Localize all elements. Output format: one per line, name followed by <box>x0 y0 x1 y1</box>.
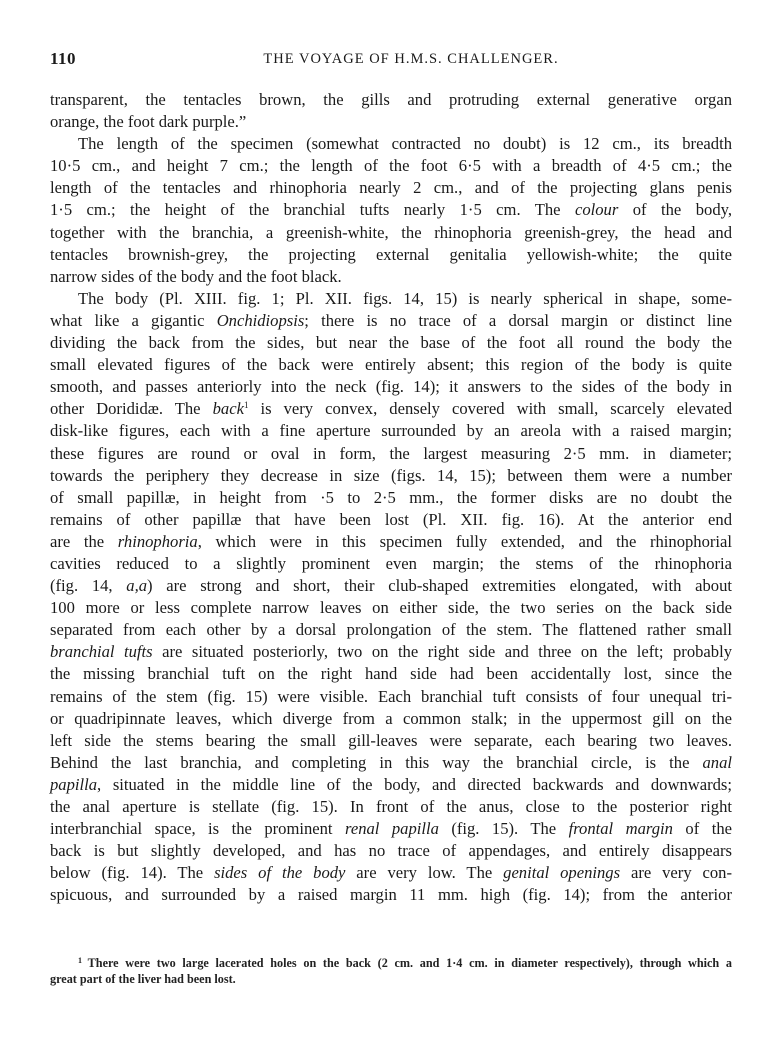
text-run: , which were in this specimen fully exte… <box>198 532 732 551</box>
text-run: are situated posteriorly, two on the rig… <box>153 642 732 661</box>
text-run: remains of other papillæ that have been … <box>50 510 732 529</box>
text-run: tentacles brownish-grey, the projecting … <box>50 245 732 264</box>
italic-term: Onchidiopsis <box>217 311 305 330</box>
text-line: branchial tufts are situated posteriorly… <box>50 641 732 663</box>
text-run: ; there is no trace of a dorsal margin o… <box>304 311 732 330</box>
text-line: The body (Pl. XIII. fig. 1; Pl. XII. fig… <box>50 288 732 310</box>
text-run: transparent, the tentacles brown, the gi… <box>50 90 732 109</box>
italic-term: branchial tufts <box>50 642 153 661</box>
text-run: or quadripinnate leaves, which diverge f… <box>50 709 732 728</box>
text-run: 100 more or less complete narrow leaves … <box>50 598 732 617</box>
text-line: narrow sides of the body and the foot bl… <box>50 266 732 288</box>
text-line: left side the stems bearing the small gi… <box>50 730 732 752</box>
text-run: other Dorididæ. The <box>50 399 213 418</box>
footnote: 1 There were two large lacerated holes o… <box>50 955 732 987</box>
text-line: below (fig. 14). The sides of the body a… <box>50 862 732 884</box>
paragraph: The body (Pl. XIII. fig. 1; Pl. XII. fig… <box>50 288 732 907</box>
text-run: together with the branchia, a greenish-w… <box>50 223 732 242</box>
text-run: 10·5 cm., and height 7 cm.; the length o… <box>50 156 732 175</box>
text-run: disk-like figures, each with a fine aper… <box>50 421 732 440</box>
text-run: are very low. The <box>345 863 503 882</box>
italic-term: papilla <box>50 775 97 794</box>
italic-term: colour <box>575 200 618 219</box>
text-line: are the rhinophoria, which were in this … <box>50 531 732 553</box>
text-run: , situated in the middle line of the bod… <box>97 775 732 794</box>
text-line: other Dorididæ. The back1 is very convex… <box>50 398 732 420</box>
text-line: remains of the stem (fig. 15) were visib… <box>50 686 732 708</box>
text-run: 1·5 cm.; the height of the branchial tuf… <box>50 200 575 219</box>
text-run: these figures are round or oval in form,… <box>50 444 732 463</box>
text-run: (fig. 14, <box>50 576 126 595</box>
text-line: separated from each other by a dorsal pr… <box>50 619 732 641</box>
text-run: narrow sides of the body and the foot bl… <box>50 267 342 286</box>
footnote-line: 1 There were two large lacerated holes o… <box>50 955 732 971</box>
text-line: The length of the specimen (somewhat con… <box>50 133 732 155</box>
text-run: orange, the foot dark purple.” <box>50 112 246 131</box>
text-line: together with the branchia, a greenish-w… <box>50 222 732 244</box>
text-run: smooth, and passes anteriorly into the n… <box>50 377 732 396</box>
text-line: (fig. 14, a,a) are strong and short, the… <box>50 575 732 597</box>
italic-term: genital openings <box>503 863 620 882</box>
italic-term: frontal margin <box>569 819 673 838</box>
text-line: of small papillæ, in height from ·5 to 2… <box>50 487 732 509</box>
text-run: (fig. 15). The <box>439 819 569 838</box>
text-line: 10·5 cm., and height 7 cm.; the length o… <box>50 155 732 177</box>
text-run: the missing branchial tuft on the right … <box>50 664 732 683</box>
text-run: dividing the back from the sides, but ne… <box>50 333 732 352</box>
text-line: interbranchial space, is the prominent r… <box>50 818 732 840</box>
text-run: of the body, <box>618 200 732 219</box>
text-run: are very con- <box>620 863 732 882</box>
text-run: of the <box>673 819 732 838</box>
text-run: small elevated figures of the back were … <box>50 355 732 374</box>
text-line: these figures are round or oval in form,… <box>50 443 732 465</box>
text-line: transparent, the tentacles brown, the gi… <box>50 89 732 111</box>
text-run: left side the stems bearing the small gi… <box>50 731 732 750</box>
text-line: disk-like figures, each with a fine aper… <box>50 420 732 442</box>
running-head: 110 THE VOYAGE OF H.M.S. CHALLENGER. <box>50 49 732 69</box>
text-line: 1·5 cm.; the height of the branchial tuf… <box>50 199 732 221</box>
text-line: Behind the last branchia, and completing… <box>50 752 732 774</box>
text-line: tentacles brownish-grey, the projecting … <box>50 244 732 266</box>
text-run: interbranchial space, is the prominent <box>50 819 345 838</box>
text-run: towards the periphery they decrease in s… <box>50 466 732 485</box>
text-run: There were two large lacerated holes on … <box>88 956 732 970</box>
footnote-marker: 1 <box>78 956 88 965</box>
text-line: dividing the back from the sides, but ne… <box>50 332 732 354</box>
running-title: THE VOYAGE OF H.M.S. CHALLENGER. <box>50 49 732 69</box>
text-run: below (fig. 14). The <box>50 863 214 882</box>
text-run: remains of the stem (fig. 15) were visib… <box>50 687 732 706</box>
text-run: the anal aperture is stellate (fig. 15).… <box>50 797 732 816</box>
footnotes: 1 There were two large lacerated holes o… <box>50 955 732 987</box>
text-line: cavities reduced to a slightly prominent… <box>50 553 732 575</box>
italic-term: sides of the body <box>214 863 345 882</box>
text-run: is very convex, densely covered with sma… <box>248 399 732 418</box>
text-run: what like a gigantic <box>50 311 217 330</box>
text-line: small elevated figures of the back were … <box>50 354 732 376</box>
text-run: great part of the liver had been lost. <box>50 972 236 986</box>
italic-term: back <box>213 399 244 418</box>
text-run: separated from each other by a dorsal pr… <box>50 620 732 639</box>
text-line: orange, the foot dark purple.” <box>50 111 732 133</box>
italic-term: a,a <box>126 576 147 595</box>
text-line: what like a gigantic Onchidiopsis; there… <box>50 310 732 332</box>
text-run: are the <box>50 532 118 551</box>
text-run: The body (Pl. XIII. fig. 1; Pl. XII. fig… <box>78 289 732 308</box>
body-text: transparent, the tentacles brown, the gi… <box>50 89 732 906</box>
text-run: back is but slightly developed, and has … <box>50 841 732 860</box>
italic-term: anal <box>702 753 732 772</box>
italic-term: rhinophoria <box>118 532 198 551</box>
text-run: of small papillæ, in height from ·5 to 2… <box>50 488 732 507</box>
text-line: 100 more or less complete narrow leaves … <box>50 597 732 619</box>
text-line: length of the tentacles and rhinophoria … <box>50 177 732 199</box>
paragraph: The length of the specimen (somewhat con… <box>50 133 732 288</box>
text-run: length of the tentacles and rhinophoria … <box>50 178 732 197</box>
text-line: the missing branchial tuft on the right … <box>50 663 732 685</box>
text-line: or quadripinnate leaves, which diverge f… <box>50 708 732 730</box>
text-line: towards the periphery they decrease in s… <box>50 465 732 487</box>
text-run: Behind the last branchia, and completing… <box>50 753 702 772</box>
text-run: The length of the specimen (somewhat con… <box>78 134 732 153</box>
footnote-line: great part of the liver had been lost. <box>50 971 732 987</box>
text-line: remains of other papillæ that have been … <box>50 509 732 531</box>
italic-term: renal papilla <box>345 819 439 838</box>
text-run: spicuous, and surrounded by a raised mar… <box>50 885 732 904</box>
text-line: spicuous, and surrounded by a raised mar… <box>50 884 732 906</box>
text-line: smooth, and passes anteriorly into the n… <box>50 376 732 398</box>
text-run: ) are strong and short, their club-shape… <box>147 576 732 595</box>
text-line: the anal aperture is stellate (fig. 15).… <box>50 796 732 818</box>
paragraph: transparent, the tentacles brown, the gi… <box>50 89 732 133</box>
text-line: papilla, situated in the middle line of … <box>50 774 732 796</box>
text-line: back is but slightly developed, and has … <box>50 840 732 862</box>
text-run: cavities reduced to a slightly prominent… <box>50 554 732 573</box>
